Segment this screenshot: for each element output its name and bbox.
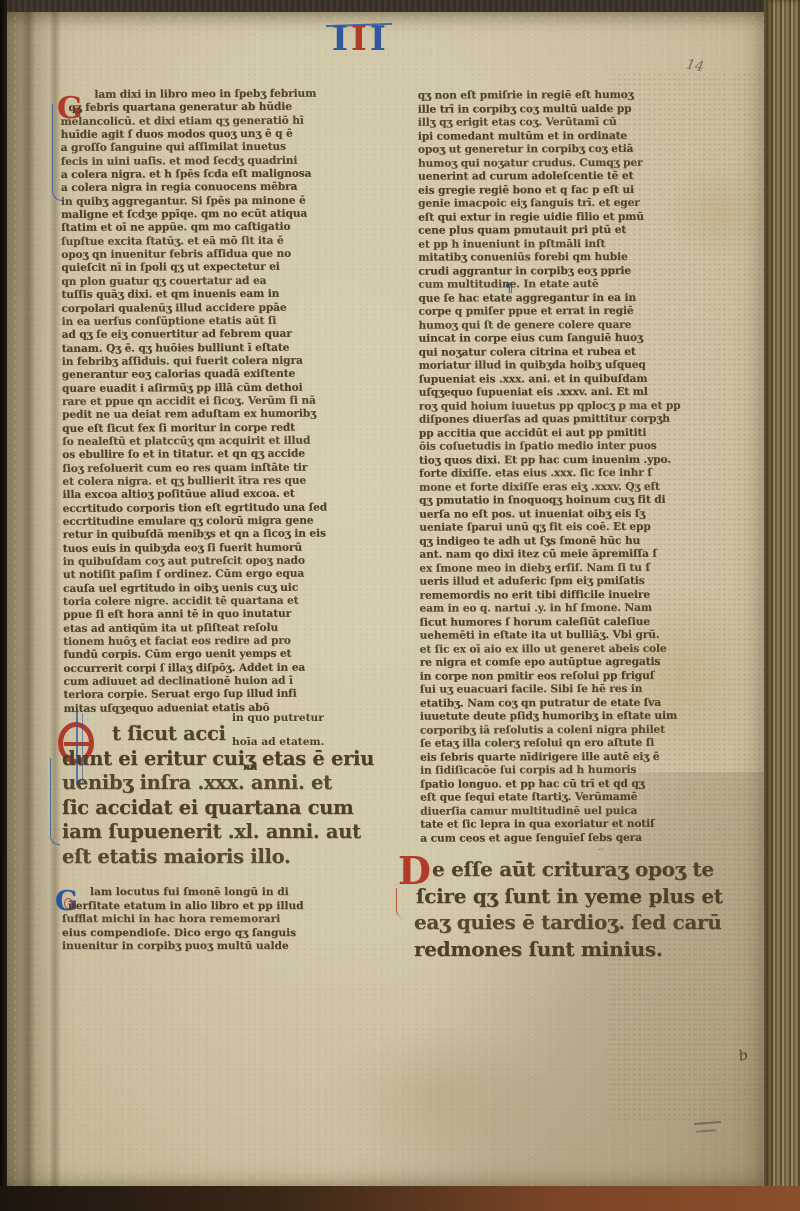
text-line: uſqʒequo ſupueniat eis .xxxv. ani. Et ml (419, 385, 763, 400)
text-line: ut notiſit paſim ſ ordinez. Cūm ergo equ… (63, 567, 398, 582)
text-line: genie imacpoic eiʒ ſanguis trī. et eger (418, 196, 762, 211)
red-tick-mark: -· (598, 845, 604, 855)
binding-bottom-edge (0, 1186, 800, 1211)
text-line: ſe etaʒ illa colerʒ reſolui qn ero aſtut… (420, 736, 764, 751)
text-line: melancolicū. et dixi etiam qʒ generatiō … (61, 114, 396, 129)
text-column-left: lam dixi in libro meo in ſpebʒ febriumqʒ… (60, 87, 398, 716)
large-script-block-right: e eſſe aūt crituraʒ opoʒ teſcire qʒ ſunt… (400, 856, 764, 962)
text-line: mone et forte dixiſſe eras eiʒ .xxxv. Qʒ… (419, 480, 763, 495)
text-line: uenibʒ inſra .xxx. anni. et (62, 771, 402, 796)
text-line: re nigra et comſe epo autūptue agregatis (420, 655, 764, 670)
text-line: uehemēti in eſtate ita ut bulliāʒ. Vbi g… (420, 628, 764, 643)
text-line: eam in eo q. nartui .y. in hſ ſmone. Nam (419, 601, 763, 616)
text-line: opoʒ qn inuenitur febris aſſidua que no (61, 247, 396, 262)
text-line: humoʒ qui ſt de genere colere quare (418, 318, 762, 333)
text-line: qʒ pmutatio in ſnoquoqʒ hoinum cuʒ fit d… (419, 493, 763, 508)
text-line: a cum ceos et ague ſenguīeſ ſebs qera (420, 831, 764, 846)
text-line: eis gregie regiē bono et q fac p eſt ui (418, 183, 762, 198)
text-line: ſic accidat ei quartana cum (62, 796, 402, 821)
text-line: ōis coſuetudis in ſpatio medio inter puo… (419, 439, 763, 454)
page-edge-stack (764, 0, 800, 1196)
text-line: mitatibʒ conueniūs forebi qm hubie (418, 250, 762, 265)
gutter-shadow (0, 0, 7, 1211)
text-line: eccrtitudine emulare qʒ colorū migra gen… (63, 514, 398, 529)
text-line: que ſe hac etate aggregantur in ea in (418, 291, 762, 306)
text-line: qʒ indigeo te adh ut ſʒs ſmonē hūc hu (419, 534, 763, 549)
small-paragraph-left: lam locutus fui ſmonē longū in diuerſita… (62, 886, 402, 954)
text-line: ex ſmone meo in diebʒ erſiſ. Nam ſi tu ſ (419, 561, 763, 576)
text-column-right: qʒ non eſt pmiſrie in regiē eſt humoʒill… (418, 88, 765, 845)
text-line: ant. nam qo dixi itez cū meie āpremiſſa … (419, 547, 763, 562)
text-line: cum multitudine. In etate autē (418, 277, 762, 292)
text-line: ſupueniat eis .xxx. ani. et in quibuſdam (419, 372, 763, 387)
text-line: pp accitia que accidūt ei aut pp pmititi (419, 426, 763, 441)
text-line: ille trī in corpibʒ coʒ multū ualde pp (418, 102, 762, 117)
text-line: diſpones diuerſas ad quas pmittitur corp… (419, 412, 763, 427)
text-line: pedit ne ua deiat rem aduſtam ex humorib… (62, 407, 397, 422)
chapter-numeral: III (332, 20, 389, 60)
text-line: ſicut humores ſ horum caleſiūt caleſiue (420, 615, 764, 630)
text-line: eis ſebris quarte nīdirigere ille autē e… (420, 750, 764, 765)
manuscript-photo: III 14 G G D ¶ mi lam dixi in libro meo … (0, 0, 800, 1211)
text-line: ueniate ſparui unū qʒ fit eis coē. Et ep… (419, 520, 763, 535)
text-line: eſt que ſequi etate ſtartiʒ. Verūmamē (420, 790, 764, 805)
text-line: crudi aggrantur in corpibʒ eoʒ pprie (418, 264, 762, 279)
text-line: et ſic ex oī aio ex illo ut generet abei… (420, 642, 764, 657)
text-line: in ſidiſicacōe ſui corpis ad h humoris (420, 763, 764, 778)
text-line: redmones ſunt minius. (400, 936, 764, 963)
text-line: uerſa no eſt pos. ut inueniat oibʒ eis ſ… (419, 507, 763, 522)
text-line: cum adiuuet ad declinationē huion ad ī (63, 674, 398, 689)
text-line: tionem huōʒ et faciat eos redire ad pro (63, 634, 398, 649)
text-line: et colera nigra. et qʒ bullierit ītra re… (62, 474, 397, 489)
text-line: qui noʒatur colera citrina et rubea et (419, 345, 763, 360)
text-line: uincat in corpe eius cum ſanguiē huoʒ (419, 331, 763, 346)
text-line: et pp h inueniunt in pſtmāli inſt (418, 237, 762, 252)
text-line: corpe q pmiſer ppue et errat in regiē (418, 304, 762, 319)
text-line: tioʒ quos dixi. Et pp hac cum inuenim .y… (419, 453, 763, 468)
folio-number: 14 (685, 57, 705, 76)
text-line: fecis in uini uaſis. et mod ſecdʒ quadri… (61, 154, 396, 169)
text-line: inuenitur in corpibʒ puoʒ multū ualde (62, 940, 402, 954)
text-line: corporibʒ iā reſolutis a coleni nigra ph… (420, 723, 764, 738)
text-line: ſpatio longuo. et pp hac cū trī et qd qʒ (420, 777, 764, 792)
text-line: uenerint ad curum adoleſcentie tē et (418, 169, 762, 184)
text-line: dunt ei eritur cuiʒ etas ē eriu (62, 747, 402, 772)
text-line: ſui uʒ euacuari facile. Sibi ſe hē res i… (420, 682, 764, 697)
text-line: illʒ qʒ erigit etas coʒ. Verūtamī cū (418, 115, 762, 130)
text-line: ipi comedant multūm et in ordinate (418, 129, 762, 144)
text-line: lam dixi in libro meo in ſpebʒ febrium (60, 87, 395, 102)
text-line: tate et ſic lepra in qua exoriatur et no… (420, 817, 764, 832)
text-line: cene plus quam pmutauit pri ptū et (418, 223, 762, 238)
text-line: in corpe non pmitir eos reſolui pp frigu… (420, 669, 764, 684)
text-line: moriatur illud in quibʒda hoibʒ uſqueq (419, 358, 763, 373)
text-line: in quibʒ aggregantur. Si ſpēs pa minone … (61, 194, 396, 209)
large-script-block-left: t ſicut accidunt ei eritur cuiʒ etas ē e… (62, 722, 402, 869)
text-line: eſt qui extur in regie uidie filio et pm… (418, 210, 762, 225)
text-line: eius compendioſe. Dico ergo qʒ ſanguis (62, 927, 402, 941)
text-line: qʒ non eſt pmiſrie in regiē eſt humoʒ (418, 88, 762, 103)
text-line: eſt etatis maioris illo. (62, 845, 402, 870)
text-line: in febribʒ aſſiduis. qui fuerit colera n… (62, 354, 397, 369)
text-line: ſufflat michi in hac hora rememorari (62, 913, 402, 927)
text-line: ſcire qʒ ſunt in yeme plus et (400, 883, 764, 910)
text-line: ſo nealeſtū et platccūʒ qm acquirit et i… (62, 434, 397, 449)
text-line: ueris illud et aduſeric ſpm eiʒ pmiſatis (419, 574, 763, 589)
text-line: in ea uerſus conſūptione etatis aūt ſi (62, 314, 397, 329)
text-line: e eſſe aūt crituraʒ opoʒ te (400, 856, 764, 883)
text-line: humoʒ qui noʒatur crudus. Cumqʒ per (418, 156, 762, 171)
text-line: qn plon guatur qʒ couertatur ad ea (61, 274, 396, 289)
initial-pen-flourish (50, 758, 60, 845)
text-line: uerſitate etatum in alio libro et pp ill… (62, 900, 402, 914)
text-line: t ſicut acci (62, 722, 402, 747)
text-line: rememordis no erit tibi difficile inueir… (419, 588, 763, 603)
text-line: forte dixiſſe. etas eius .xxx. ſic ſce i… (419, 466, 763, 481)
text-line: lam locutus fui ſmonē longū in di (62, 886, 402, 900)
text-line: eaʒ quies ē tardioʒ. ſed carū (400, 909, 764, 936)
text-line: roʒ quid hoium iuuetus pp qplocʒ p ma et… (419, 399, 763, 414)
text-line: diuerſia camur multitudinē uel puica (420, 804, 764, 819)
text-line: etatibʒ. Nam coʒ qn putratur de etate ſv… (420, 696, 764, 711)
text-line: opoʒ ut generetur in corpibʒ coʒ etiā (418, 142, 762, 157)
text-line: iam ſupuenerit .xl. anni. aut (62, 820, 402, 845)
text-line: iuuetute deute pſidʒ humoribʒ in eſtate … (420, 709, 764, 724)
text-line: toria colere nigre. accidit tē quartana … (63, 594, 398, 609)
